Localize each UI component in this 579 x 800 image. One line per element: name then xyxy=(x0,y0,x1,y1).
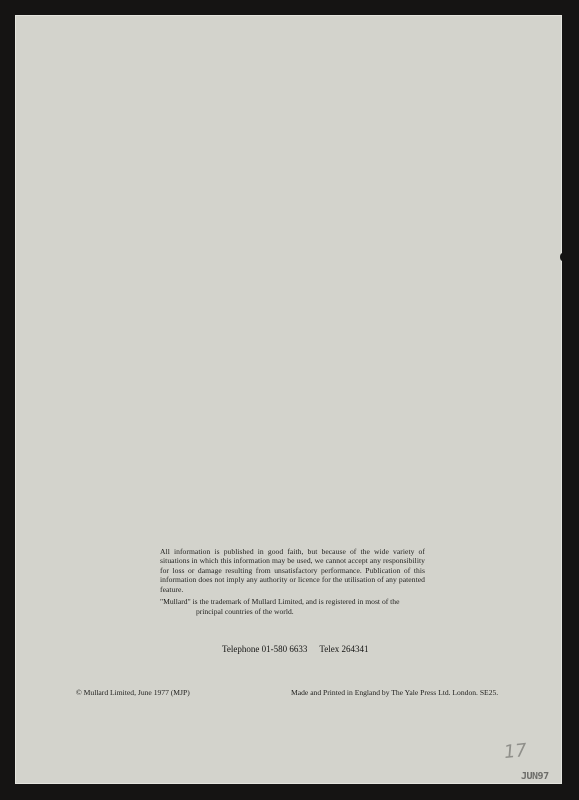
contact-line: Telephone 01-580 6633Telex 264341 xyxy=(222,644,368,654)
copyright-notice: © Mullard Limited, June 1977 (MJP) xyxy=(76,688,190,697)
archive-stamp: JUN97 xyxy=(521,771,549,782)
trademark-line-2: principal countries of the world. xyxy=(160,607,425,617)
telephone-number: Telephone 01-580 6633 xyxy=(222,644,307,654)
disclaimer-block: All information is published in good fai… xyxy=(160,547,425,594)
disclaimer-text: All information is published in good fai… xyxy=(160,547,425,594)
printer-credit: Made and Printed in England by The Yale … xyxy=(291,688,498,697)
document-page: All information is published in good fai… xyxy=(15,15,562,784)
trademark-notice: "Mullard" is the trademark of Mullard Li… xyxy=(160,597,425,617)
trademark-line-1: "Mullard" is the trademark of Mullard Li… xyxy=(160,597,425,607)
handwritten-page-number: 17 xyxy=(503,740,528,763)
page-edge-notch xyxy=(560,253,565,261)
telex-number: Telex 264341 xyxy=(319,644,368,654)
